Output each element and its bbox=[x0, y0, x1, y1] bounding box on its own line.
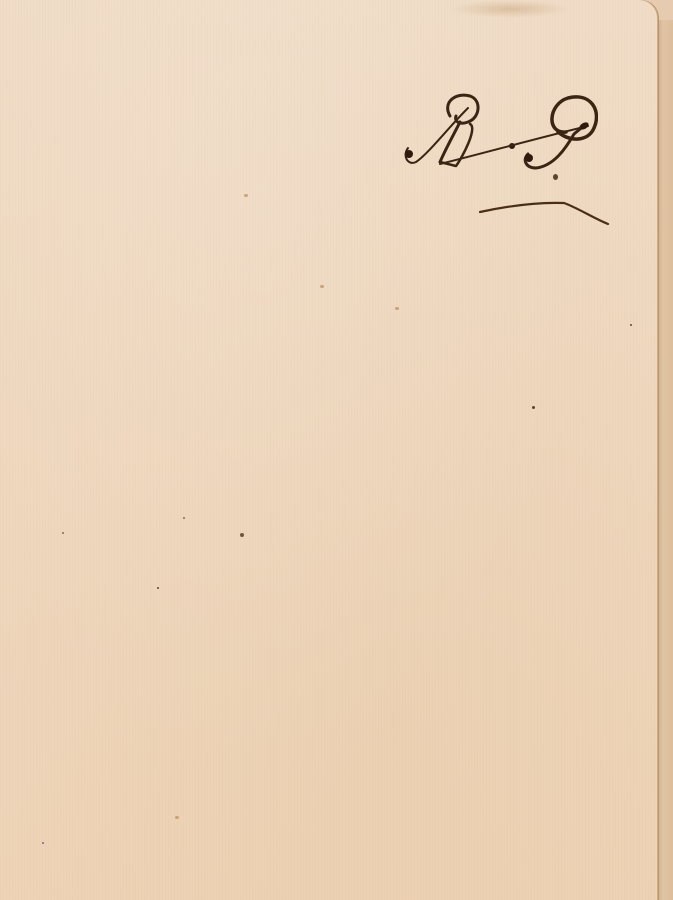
paper-speck bbox=[183, 517, 185, 519]
paper-speck bbox=[42, 842, 44, 844]
paper-sheet: R.P. bbox=[0, 0, 657, 900]
scanned-page: R.P. bbox=[0, 0, 673, 900]
paper-fiber bbox=[395, 307, 399, 310]
paper-speck bbox=[240, 533, 244, 537]
underline-flourish-icon bbox=[478, 198, 612, 230]
paper-speck bbox=[157, 587, 159, 589]
initials-ink-icon bbox=[398, 88, 598, 178]
paper-fiber bbox=[320, 285, 324, 288]
ink-dot bbox=[553, 174, 558, 180]
handwritten-initials: R.P. bbox=[398, 88, 598, 178]
paper-speck bbox=[62, 532, 64, 534]
paper-speck bbox=[532, 406, 535, 409]
foxing-stain bbox=[450, 0, 570, 18]
paper-fiber bbox=[175, 816, 179, 819]
paper-speck bbox=[630, 324, 632, 326]
page-edge bbox=[657, 20, 673, 900]
paper-fiber bbox=[244, 194, 248, 197]
